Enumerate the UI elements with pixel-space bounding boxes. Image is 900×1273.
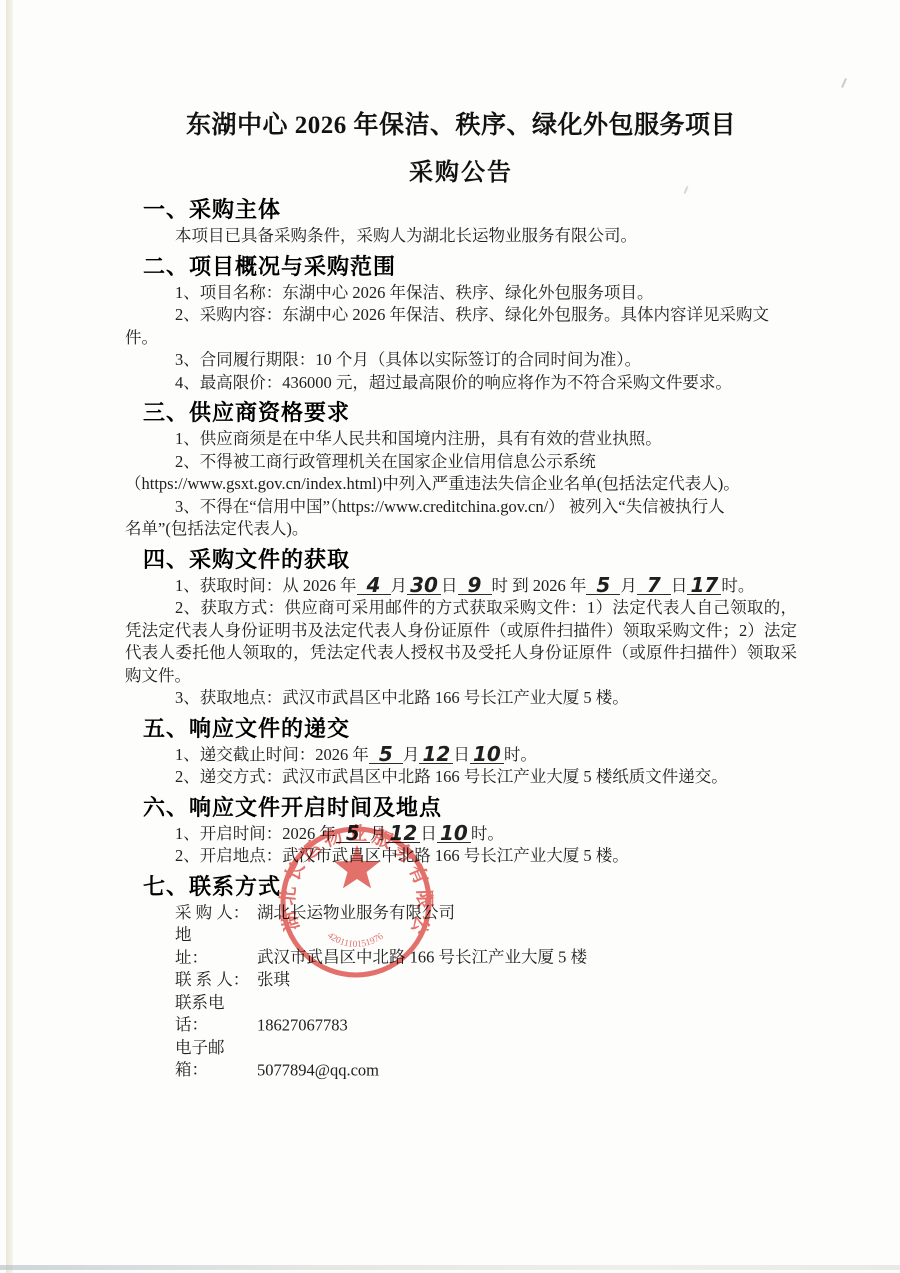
qualification-line-2: 2、不得被工商行政管理机关在国家企业信用信息公示系统 <box>125 451 797 474</box>
qualification-line-3-cont: 名单”(包括法定代表人)。 <box>125 518 797 541</box>
acquisition-time-line: 1、获取时间：从 2026 年4月30日9时 到 2026 年5月7日17时。 <box>125 575 797 598</box>
contact-phone-row: 联系电话：18627067783 <box>125 992 797 1037</box>
procurement-entity-line: 本项目已具备采购条件，采购人为湖北长运物业服务有限公司。 <box>125 225 797 248</box>
qualification-line-2-cont: （https://www.gsxt.gov.cn/index.html)中列入严… <box>125 473 797 496</box>
qualification-line-1: 1、供应商须是在中华人民共和国境内注册，具有有效的营业执照。 <box>125 428 797 451</box>
contact-label: 采 购 人： <box>175 902 257 925</box>
text-segment: 月 <box>391 576 408 595</box>
document-content: 东湖中心 2026 年保洁、秩序、绿化外包服务项目 采购公告 一、采购主体 本项… <box>125 110 797 1082</box>
text-segment: 时。 <box>504 745 537 764</box>
contact-label: 地 址： <box>175 924 257 969</box>
text-segment: 月 <box>620 576 637 595</box>
project-name-line: 1、项目名称：东湖中心 2026 年保洁、秩序、绿化外包服务项目。 <box>125 282 797 305</box>
text-segment: 日 <box>441 576 458 595</box>
price-limit-line: 4、最高限价：436000 元，超过最高限价的响应将作为不符合采购文件要求。 <box>125 372 797 395</box>
contact-label: 联 系 人： <box>175 969 257 992</box>
scan-edge-bottom <box>0 1265 900 1270</box>
contact-label: 电子邮箱： <box>175 1037 257 1082</box>
text-segment: 日 <box>453 745 470 764</box>
handwritten-month: 5 <box>369 746 403 764</box>
procurement-content-line: 2、采购内容：东湖中心 2026 年保洁、秩序、绿化外包服务。具体内容详见采购文… <box>125 304 797 349</box>
seal-number-textpath: 4201110151976 <box>325 931 386 950</box>
text-segment: 1、获取时间：从 2026 年 <box>175 576 357 595</box>
handwritten-month-to: 5 <box>586 577 620 595</box>
opening-place-line: 2、开启地点：武汉市武昌区中北路 166 号长江产业大厦 5 楼。 <box>125 845 797 868</box>
section-5-heading: 五、响应文件的递交 <box>143 714 797 744</box>
contract-period-line: 3、合同履行期限：10 个月（具体以实际签订的合同时间为准）。 <box>125 349 797 372</box>
contact-email-row: 电子邮箱：5077894@qq.com <box>125 1037 797 1082</box>
section-6-heading: 六、响应文件开启时间及地点 <box>143 793 797 823</box>
seal-star-icon <box>334 845 380 888</box>
handwritten-hour-from: 9 <box>458 577 492 595</box>
contact-value: 18627067783 <box>257 1015 348 1034</box>
text-segment: 时 到 2026 年 <box>492 576 587 595</box>
submission-method-line: 2、递交方式：武汉市武昌区中北路 166 号长江产业大厦 5 楼纸质文件递交。 <box>125 766 797 789</box>
scan-edge-left <box>6 0 13 1273</box>
handwritten-day-from: 30 <box>407 577 441 595</box>
acquisition-method-paragraph: 2、获取方式：供应商可采用邮件的方式获取采购文件：1）法定代表人自己领取的，凭法… <box>125 597 797 687</box>
section-2-heading: 二、项目概况与采购范围 <box>143 252 797 282</box>
contact-value: 5077894@qq.com <box>257 1060 379 1079</box>
handwritten-hour: 10 <box>470 746 504 764</box>
handwritten-day: 12 <box>419 746 453 764</box>
contact-address-row: 地 址：武汉市武昌区中北路 166 号长江产业大厦 5 楼 <box>125 924 797 969</box>
text-segment: 时。 <box>471 824 504 843</box>
opening-time-line: 1、开启时间：2026 年5月12日10时。 <box>125 823 797 846</box>
submission-deadline-line: 1、递交截止时间：2026 年5月12日10时。 <box>125 744 797 767</box>
section-7-heading: 七、联系方式 <box>143 872 797 902</box>
section-1-heading: 一、采购主体 <box>143 195 797 225</box>
section-4-heading: 四、采购文件的获取 <box>143 545 797 575</box>
acquisition-place-line: 3、获取地点：武汉市武昌区中北路 166 号长江产业大厦 5 楼。 <box>125 687 797 710</box>
text-segment: 月 <box>403 745 420 764</box>
contact-buyer-row: 采 购 人：湖北长运物业服务有限公司 <box>125 902 797 925</box>
text-segment: 日 <box>671 576 688 595</box>
text-segment: 1、递交截止时间：2026 年 <box>175 745 369 764</box>
handwritten-day-to: 7 <box>637 577 671 595</box>
document-title: 东湖中心 2026 年保洁、秩序、绿化外包服务项目 <box>125 110 797 142</box>
handwritten-hour-to: 17 <box>687 577 721 595</box>
contact-label: 联系电话： <box>175 992 257 1037</box>
seal-number-text: 4201110151976 <box>325 931 386 950</box>
qualification-line-3: 3、不得在“信用中国”（https://www.creditchina.gov.… <box>125 496 797 519</box>
document-subtitle: 采购公告 <box>125 157 797 189</box>
contact-person-row: 联 系 人：张琪 <box>125 969 797 992</box>
text-segment: 时。 <box>721 576 754 595</box>
scan-speck <box>841 78 847 88</box>
handwritten-month-from: 4 <box>357 577 391 595</box>
company-seal: 湖北长运物业服务有限公司 4201110151976 <box>266 812 446 992</box>
section-3-heading: 三、供应商资格要求 <box>143 398 797 428</box>
document-page: 东湖中心 2026 年保洁、秩序、绿化外包服务项目 采购公告 一、采购主体 本项… <box>0 0 900 1273</box>
